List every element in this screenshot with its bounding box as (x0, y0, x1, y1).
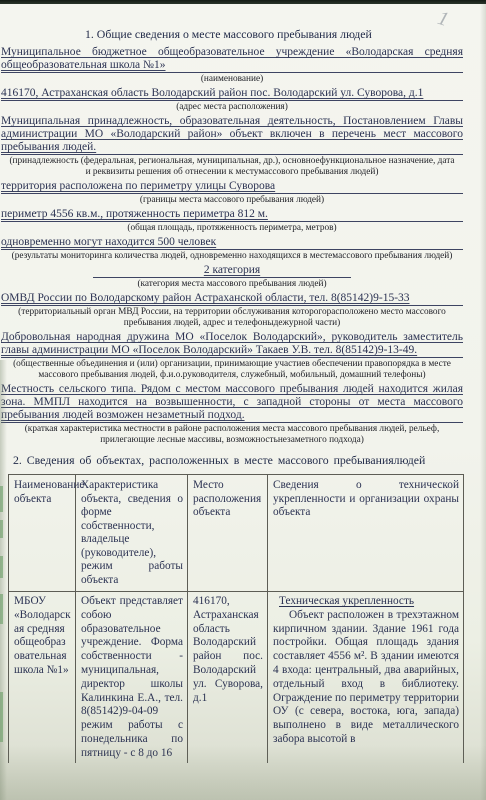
field-address: 416170, Астраханская область Володарский… (1, 87, 463, 113)
col-header-security: Сведения о технической укрепленности и о… (268, 475, 464, 592)
field-public-org: Добровольная народная дружина МО «Посело… (1, 331, 463, 381)
field-capacity-value: одновременно могут находится 500 человек (1, 236, 216, 248)
field-mvd-org-value: ОМВД России по Володарскому район Астрах… (1, 292, 410, 304)
field-category-caption: (категория места массового пребывания лю… (7, 279, 457, 290)
field-capacity: одновременно могут находится 500 человек… (1, 236, 463, 262)
field-mvd-org: ОМВД России по Володарскому район Астрах… (1, 292, 463, 329)
objects-table: Наименование объекта Характеристика объе… (8, 474, 464, 763)
cell-security: Техническая укрепленность Объект располо… (268, 592, 464, 763)
field-institution-name: Муниципальное бюджетное общеобразователь… (1, 46, 463, 85)
section1-title: 1. Общие сведения о месте массового преб… (85, 28, 463, 41)
col-header-object-name: Наименование объекта (9, 475, 76, 592)
col-header-location: Место расположения объекта (188, 475, 268, 592)
scan-right-shading (480, 4, 486, 800)
field-address-caption: (адрес места расположения) (7, 102, 457, 113)
field-institution-name-caption: (наименование) (7, 74, 457, 85)
field-affiliation-caption: (принадлежность (федеральная, региональн… (7, 156, 457, 178)
cell-security-text: Объект расположен в трехэтажном кирпично… (273, 609, 459, 747)
scanner-artifact-green-3 (0, 556, 3, 578)
objects-table-row: МБОУ «Володарская средняя общеобразовате… (9, 592, 464, 763)
field-mvd-org-caption: (территориальный орган МВД России, на те… (7, 307, 457, 329)
field-address-value: 416170, Астраханская область Володарский… (1, 87, 423, 99)
section2-title: 2. Сведения об объектах, расположенных в… (13, 454, 463, 467)
scanned-document-page: 1 1. Общие сведения о месте массового пр… (0, 0, 486, 800)
cell-location: 416170, Астраханская область Володарский… (188, 592, 268, 763)
scanner-artifact-green-5 (0, 692, 3, 742)
field-public-org-value: Добровольная народная дружина МО «Посело… (1, 331, 463, 356)
field-boundaries: территория расположена по периметру улиц… (1, 180, 463, 206)
field-boundaries-value: территория расположена по периметру улиц… (1, 180, 275, 192)
field-area-perimeter-value: периметр 4556 кв.м., протяженность перим… (1, 208, 268, 220)
field-affiliation-value: Муниципальная принадлежность, образовате… (1, 115, 463, 153)
field-terrain: Местность сельского типа. Рядом с местом… (1, 383, 463, 446)
document-content: 1. Общие сведения о месте массового преб… (1, 28, 463, 763)
field-affiliation: Муниципальная принадлежность, образовате… (1, 115, 463, 178)
objects-table-header-row: Наименование объекта Характеристика объе… (9, 475, 464, 592)
col-header-characteristic: Характеристика объекта, сведения о форме… (76, 475, 188, 592)
scanner-artifact-green-2 (0, 520, 3, 538)
field-capacity-caption: (результаты мониторинга количества людей… (7, 251, 457, 262)
scanner-artifact-green-1 (0, 486, 3, 512)
field-boundaries-caption: (границы места массового пребывания люде… (7, 195, 457, 206)
field-area-perimeter: периметр 4556 кв.м., протяженность перим… (1, 208, 463, 234)
field-category-value: 2 категория (204, 264, 260, 276)
field-category: 2 категория (категория места массового п… (1, 264, 463, 290)
field-public-org-caption: (общественные объединения и (или) органи… (7, 359, 457, 381)
cell-security-heading: Техническая укрепленность (279, 595, 459, 609)
scanner-artifact-green-4 (0, 594, 3, 624)
field-terrain-caption: (краткая характеристика местности в райо… (7, 424, 457, 446)
field-area-perimeter-caption: (общая площадь, протяженность периметра,… (7, 223, 457, 234)
field-terrain-value: Местность сельского типа. Рядом с местом… (1, 383, 463, 421)
scanner-edge-strip (0, 0, 486, 4)
cell-characteristic: Объект представляет собою образовательно… (76, 592, 188, 763)
field-institution-name-value: Муниципальное бюджетное общеобразователь… (1, 46, 463, 71)
cell-object-name: МБОУ «Володарская средняя общеобразовате… (9, 592, 76, 763)
